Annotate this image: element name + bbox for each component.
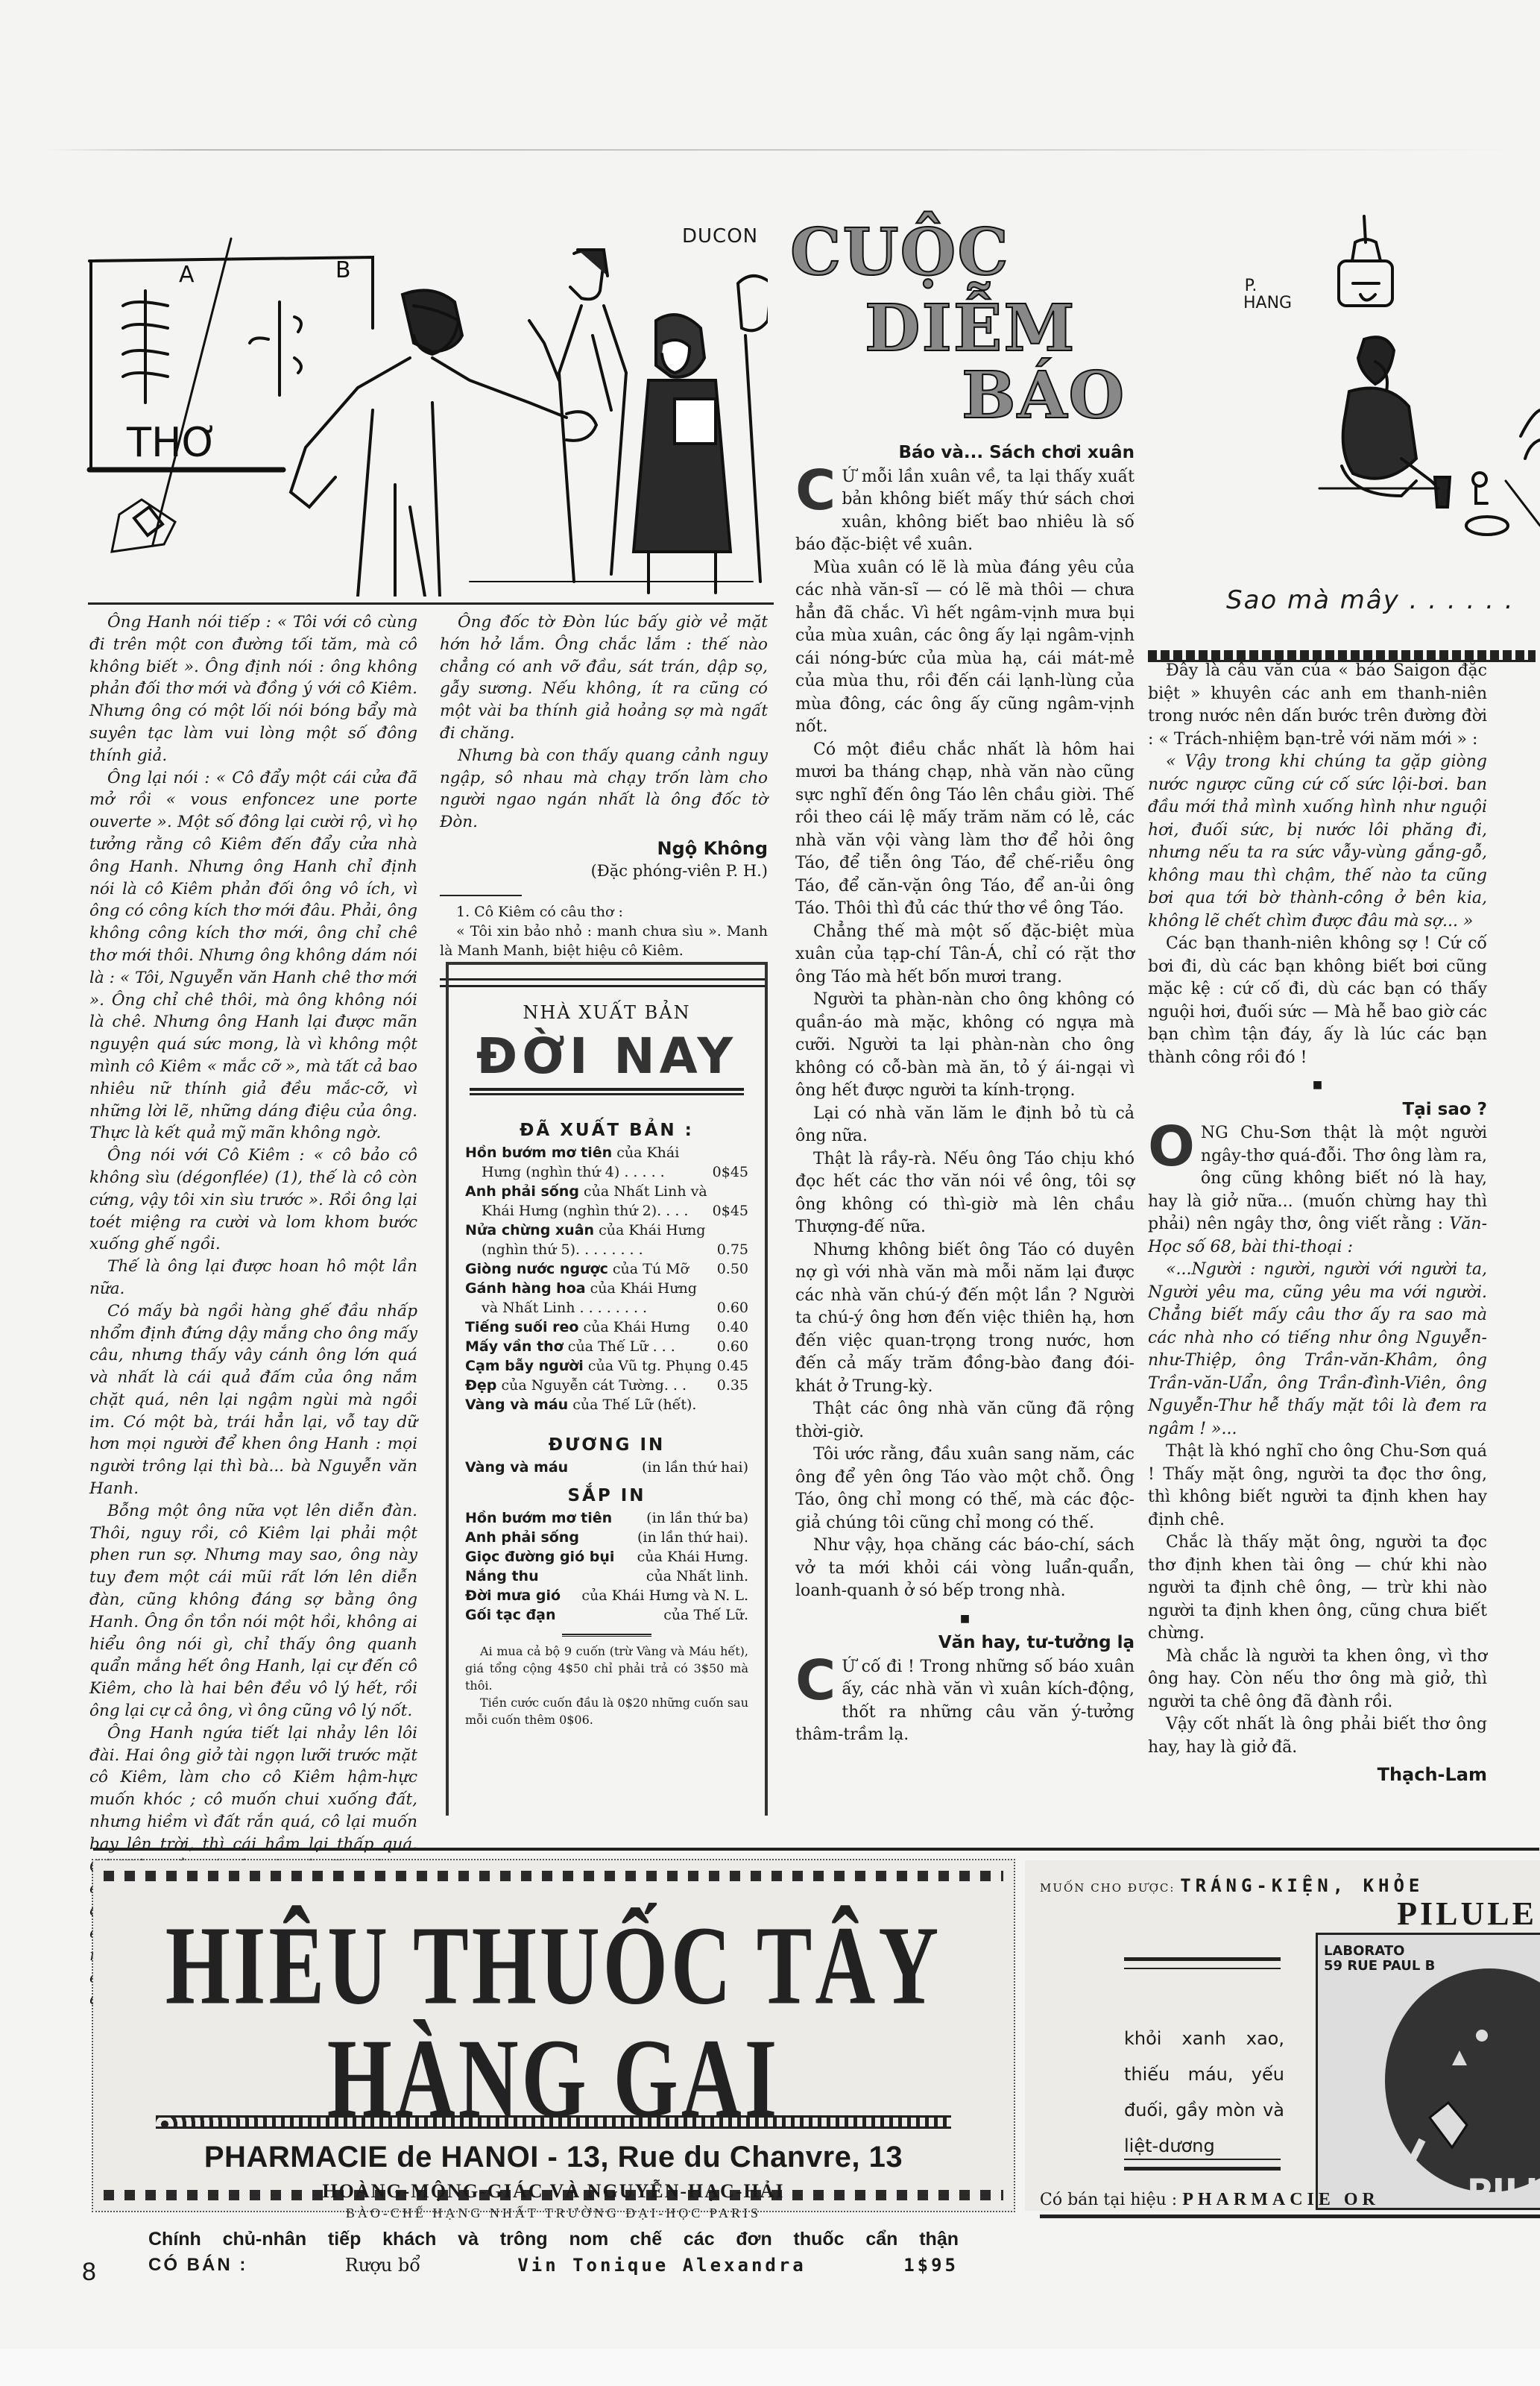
book-title: Vàng và máu — [465, 1397, 568, 1413]
book-title: Gánh hàng hoa — [465, 1280, 586, 1297]
paragraph: Mùa xuân có lẽ là mùa đáng yêu của các n… — [795, 557, 1135, 739]
pilule-brand: PILULE — [1397, 1895, 1537, 1933]
paragraph: Có một điều chắc nhất là hôm hai mươi ba… — [795, 739, 1135, 921]
footnote-rule — [440, 895, 522, 896]
paragraph: Lại có nhà văn lăm le định bỏ tù cả ông … — [795, 1103, 1135, 1148]
sold-at: Có bán tại hiệu : PHARMACIE OR — [1040, 2190, 1380, 2210]
lead-paragraph: CỨ cố đi ! Trong những số báo xuân ấy, c… — [795, 1656, 1135, 1747]
pill-box-label: PILU — [1467, 2171, 1540, 2210]
cartoonist-signature-phang: P. HANG — [1243, 277, 1258, 312]
product-price: 1$95 — [903, 2255, 959, 2276]
book-note: của Khái Hưng và N. L. — [581, 1586, 748, 1605]
publisher-name: ĐỜI NAY — [449, 1030, 765, 1082]
book-price: 0$45 — [713, 1201, 748, 1221]
title-line-2: DIỄM — [865, 297, 1076, 361]
article-column-4: Đây là câu văn của « báo Saigon đặc biệt… — [1148, 660, 1487, 1787]
lead-paragraph: CỨ mỗi lần xuân về, ta lại thấy xuất bản… — [795, 466, 1135, 557]
article-column-1: Ông Hanh nói tiếp : « Tôi với cô cùng đi… — [89, 611, 417, 2011]
book-title: Hồn bướm mơ tiên — [465, 1145, 612, 1161]
publisher-advertisement: NHÀ XUẤT BẢN ĐỜI NAY ĐÃ XUẤT BẢN : Hồn b… — [446, 962, 768, 1816]
book-title: Giọc đường gió bụi — [465, 1547, 614, 1567]
paragraph: Người ta phàn-nàn cho ông không có quần-… — [795, 989, 1135, 1103]
published-heading: ĐÃ XUẤT BẢN : — [449, 1121, 765, 1140]
pilule-advertisement: MUỐN CHO ĐƯỢC: TRÁNG-KIỆN, KHỎE PILULE k… — [1025, 1860, 1540, 2211]
title-line-1: CUỘC — [790, 221, 1010, 285]
book-edition: Hưng (nghìn thứ 4) . . . . . — [482, 1162, 665, 1182]
ad-section-rule — [93, 1848, 1539, 1851]
book-author: của Thế Lữ . . . — [568, 1338, 675, 1355]
book-price: 0.60 — [717, 1337, 748, 1356]
quoted-poem: «...Người : người, người với người ta, N… — [1148, 1259, 1487, 1441]
printing-heading: ĐƯƠNG IN — [449, 1435, 765, 1455]
section-heading: Văn hay, tư-tưởng lạ — [795, 1631, 1135, 1655]
book-title: Giòng nước ngược — [465, 1261, 608, 1277]
pharmacy-address: PHARMACIE de HANOI - 13, Rue du Chanvre,… — [104, 2141, 1003, 2174]
board-word-tho: THƠ — [126, 419, 218, 466]
sale-label: CÓ BÁN : — [148, 2255, 247, 2276]
pharmacy-advertisement: HIÊU THUỐC TÂY HÀNG GAI PHARMACIE de HAN… — [93, 1860, 1014, 2211]
author-byline: Ngộ Không — [440, 838, 768, 860]
lab-name: LABORATO — [1324, 1944, 1540, 1959]
printing-book-list: Vàng và máu(in lần thứ hai) — [449, 1458, 765, 1477]
book-edition: (nghìn thứ 5). . . . . . . . — [482, 1240, 643, 1259]
paragraph: Thật là rầy-rà. Nếu ông Táo chịu khó đọc… — [795, 1148, 1135, 1239]
section-heading: Báo và... Sách chơi xuân — [795, 441, 1135, 465]
book-title: Anh phải sống — [465, 1528, 579, 1547]
publisher-rule — [470, 1088, 744, 1095]
book-price: 0.75 — [717, 1240, 748, 1259]
paragraph: Ông Hanh nói tiếp : « Tôi với cô cùng đi… — [89, 611, 417, 767]
note-line: Ai mua cả bộ 9 cuốn (trừ Vàng và Máu hết… — [465, 1643, 748, 1694]
decorative-rule — [1124, 2159, 1281, 2171]
book-title: Đời mưa gió — [465, 1586, 561, 1605]
section-divider-icon: ■ — [1148, 1074, 1487, 1097]
paragraph: Chẳng thế mà một số đặc-biệt mùa xuân củ… — [795, 921, 1135, 989]
book-price: 0.60 — [717, 1298, 748, 1318]
book-author: của Tú Mỡ — [613, 1261, 689, 1277]
pilule-lead: MUỐN CHO ĐƯỢC: TRÁNG-KIỆN, KHỎE — [1040, 1875, 1424, 1896]
lead-paragraph: ONG Chu-Sơn thật là một người ngây-thơ q… — [1148, 1122, 1487, 1259]
paragraph: Chắc là thấy mặt ông, người ta đọc thơ đ… — [1148, 1532, 1487, 1646]
drop-cap: O — [1148, 1125, 1195, 1168]
book-note: (in lần thứ hai) — [642, 1458, 748, 1477]
newspaper-page: A B THƠ — [0, 0, 1540, 2349]
upcoming-book-list: Hồn bướm mơ tiên(in lần thứ ba) Anh phải… — [449, 1508, 765, 1625]
cartoon-kitchen-god — [1193, 213, 1540, 578]
book-title: Nửa chừng xuân — [465, 1222, 594, 1238]
paragraph: Nhưng không biết ông Táo có duyên nợ gì … — [795, 1239, 1135, 1399]
pill-box-illustration-icon: PILU — [1318, 1968, 1540, 2210]
book-author: của Khái Hưng — [583, 1319, 689, 1335]
paragraph: Nhưng bà con thấy quang cảnh nguy ngập, … — [440, 745, 768, 834]
paragraph: Thật là khó nghĩ cho ông Chu-Sơn quá ! T… — [1148, 1441, 1487, 1532]
book-note: của Nhất linh. — [646, 1567, 748, 1586]
book-edition: và Nhất Linh . . . . . . . . — [482, 1298, 647, 1318]
book-author: của Khái Hưng — [599, 1222, 705, 1238]
article-column-3: Báo và... Sách chơi xuân CỨ mỗi lần xuân… — [795, 440, 1135, 1747]
drop-cap: C — [795, 1659, 836, 1702]
purchase-notes: Ai mua cả bộ 9 cuốn (trừ Vàng và Máu hết… — [449, 1643, 765, 1728]
section-divider-icon: ■ — [795, 1608, 1135, 1631]
pharmacy-credential: BÀO-CHẾ HẠNG NHẤT TRƯỜNG ĐẠI-HỌC PARIS — [104, 2206, 1003, 2221]
page-margin — [0, 2349, 1540, 2386]
book-author: của Vũ tg. Phụng — [588, 1358, 712, 1374]
book-price: 0.50 — [717, 1259, 748, 1279]
book-title: Vàng và máu — [465, 1458, 568, 1477]
paragraph: Như vậy, họa chăng các báo-chí, sách vở … — [795, 1534, 1135, 1603]
book-note: (in lần thứ hai). — [637, 1528, 748, 1547]
book-title: Anh phải sống — [465, 1183, 579, 1200]
ad-bottom-rule — [1040, 2215, 1540, 2218]
pharmacy-product-line: CÓ BÁN : Rượu bổ Vin Tonique Alexandra 1… — [148, 2255, 959, 2276]
paragraph: Ông nói với Cô Kiêm : « cô bảo cô không … — [89, 1145, 417, 1256]
paragraph: Ông lại nói : « Cô đẩy một cái cửa đã mở… — [89, 767, 417, 1145]
footnote-line: « Tôi xin bảo nhỏ : manh chưa sìu ». Man… — [440, 922, 768, 960]
book-title: Hồn bướm mơ tiên — [465, 1508, 612, 1528]
pharmacy-headline: HIÊU THUỐC TÂY HÀNG GAI — [104, 1910, 1003, 2135]
book-note: của Khái Hưng. — [637, 1547, 748, 1567]
quoted-passage: « Vậy trong khi chúng ta gặp giòng nước … — [1148, 751, 1487, 933]
book-title: Cạm bẫy người — [465, 1358, 584, 1374]
board-label-a: A — [179, 262, 195, 288]
book-title: Mấy vần thơ — [465, 1338, 564, 1355]
cartoon-bottom-rule — [88, 602, 774, 605]
pilule-benefits: khỏi xanh xao, thiếu máu, yếu đuối, gầy … — [1124, 2021, 1284, 2164]
published-book-list: Hồn bướm mơ tiên của Khái Hưng (nghìn th… — [449, 1143, 765, 1414]
paragraph: Có mấy bà ngồi hàng ghế đầu nhấp nhổm đị… — [89, 1300, 417, 1500]
book-edition: Khái Hưng (nghìn thứ 2). . . . — [482, 1201, 688, 1221]
book-price: 0.35 — [717, 1376, 748, 1395]
author-byline: Thạch-Lam — [1148, 1763, 1487, 1787]
book-title: Gối tạc đạn — [465, 1605, 556, 1625]
paragraph: Ông đốc tờ Đòn lúc bấy giờ vẻ mặt hớn hở… — [440, 611, 768, 745]
footnote: 1. Cô Kiêm có câu thơ : « Tôi xin bảo nh… — [440, 902, 768, 960]
book-author: của Thế Lữ (hết). — [572, 1397, 696, 1413]
page-title: CUỘC DIỄM BÁO — [790, 216, 1148, 440]
book-price: 0.40 — [717, 1318, 748, 1337]
paragraph: Thật các ông nhà văn cũng đã rộng thời-g… — [795, 1398, 1135, 1444]
book-price: 0$45 — [713, 1162, 748, 1182]
cartoonist-signature-ducon: DUCON — [682, 225, 758, 248]
paragraph: Đây là câu văn của « báo Saigon đặc biệt… — [1148, 660, 1487, 751]
decorative-rule — [1124, 1957, 1281, 1969]
cartoon-caption: Sao mà mây . . . . . . — [1226, 585, 1515, 615]
top-rule — [45, 149, 1521, 151]
book-note: (in lần thứ ba) — [646, 1508, 748, 1528]
book-author: của Nhất Linh và — [584, 1183, 707, 1200]
laboratory-box: LABORATO59 RUE PAUL B PILU — [1316, 1933, 1540, 2210]
book-title: Đẹp — [465, 1377, 496, 1394]
notes-rule — [562, 1634, 651, 1637]
book-author: của Nguyễn cát Tường. . . — [501, 1377, 687, 1394]
page-number: 8 — [82, 2258, 96, 2287]
book-title: Tiếng suối reo — [465, 1319, 578, 1335]
title-line-3: BÁO — [962, 364, 1126, 428]
footnote-line: 1. Cô Kiêm có câu thơ : — [440, 902, 768, 922]
book-price: 0.45 — [717, 1356, 748, 1376]
paragraph: Bỗng một ông nữa vọt lên diễn đàn. Thôi,… — [89, 1500, 417, 1722]
section-heading: Tại sao ? — [1148, 1098, 1487, 1121]
board-label-b: B — [335, 257, 351, 283]
book-author: của Khái Hưng — [590, 1280, 697, 1297]
paragraph: Các bạn thanh-niên không sợ ! Cứ cố bơi … — [1148, 933, 1487, 1069]
book-author: của Khái — [616, 1145, 679, 1161]
note-line: Tiền cước cuốn đầu là 0$20 những cuốn sa… — [465, 1694, 748, 1728]
paragraph: Tôi ước rằng, đầu xuân sang năm, các ông… — [795, 1444, 1135, 1534]
sale-item: Rượu bổ — [345, 2255, 420, 2276]
paragraph: Vậy cốt nhất là ông phải biết thơ ông ha… — [1148, 1713, 1487, 1759]
pharmacy-service: Chính chủ-nhân tiếp khách và trông nom c… — [148, 2229, 959, 2250]
drop-cap: C — [795, 469, 836, 512]
publisher-label: NHÀ XUẤT BẢN — [449, 1002, 765, 1023]
paragraph: Mà chắc là người ta khen ông, vì thơ ông… — [1148, 1646, 1487, 1714]
paragraph: Thế là ông lại được hoan hô một lần nữa. — [89, 1256, 417, 1300]
product-name: Vin Tonique Alexandra — [517, 2255, 806, 2276]
article-column-2: Ông đốc tờ Đòn lúc bấy giờ vẻ mặt hớn hở… — [440, 611, 768, 987]
book-title: Nắng thu — [465, 1567, 539, 1586]
pharmacy-owners: HOÀNG-MỘNG-GIÁC VÀ NGUYỄN-HẠC-HẢI — [104, 2180, 1003, 2203]
book-note: của Thế Lữ. — [663, 1605, 748, 1625]
author-role: (Đặc phóng-viên P. H.) — [440, 860, 768, 883]
cartoon-poetry-debate: A B THƠ — [82, 224, 768, 596]
upcoming-heading: SẮP IN — [449, 1486, 765, 1505]
